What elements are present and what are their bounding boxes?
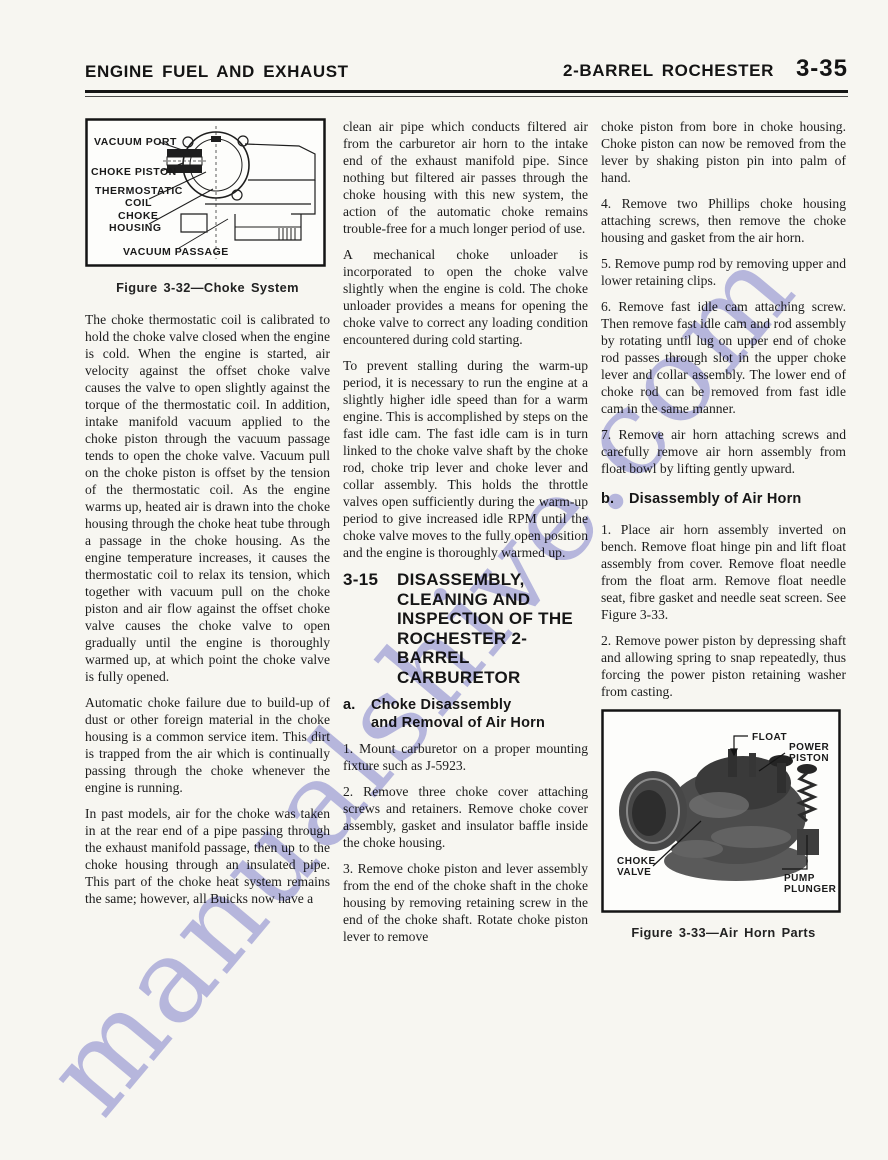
page-header-right: 2-BARREL ROCHESTER 3-35 bbox=[563, 55, 848, 83]
column-left: VACUUM PORT CHOKE PISTON THERMOSTATIC CO… bbox=[85, 118, 330, 956]
header-left-title: ENGINE FUEL AND EXHAUST bbox=[85, 62, 349, 82]
subsection-title: Disassembly of Air Horn bbox=[629, 491, 846, 509]
fig32-label-vacuum-port: VACUUM PORT bbox=[94, 136, 177, 148]
body-paragraph: To prevent stalling during the warm-up p… bbox=[343, 357, 588, 561]
numbered-step: 5. Remove pump rod by removing upper and… bbox=[601, 255, 846, 289]
body-paragraph: Automatic choke failure due to build-up … bbox=[85, 694, 330, 796]
body-paragraph: choke piston from bore in choke housing.… bbox=[601, 118, 846, 186]
fig32-label-choke: CHOKE bbox=[118, 210, 158, 222]
subsection-title-line: Choke Disassembly bbox=[371, 697, 588, 715]
fig33-label-choke: CHOKE bbox=[617, 856, 656, 867]
fig33-label-valve: VALVE bbox=[617, 867, 651, 878]
fig32-label-housing: HOUSING bbox=[109, 222, 162, 234]
fig33-label-piston: PISTON bbox=[789, 753, 829, 764]
figure-3-33: FLOAT POWER PISTON CHOKE VALVE PUMP PLUN… bbox=[601, 709, 846, 940]
numbered-step: 4. Remove two Phillips choke housing att… bbox=[601, 195, 846, 246]
figure-3-32-caption: Figure 3-32—Choke System bbox=[85, 280, 330, 295]
section-title: DISASSEMBLY, CLEANING AND INSPECTION OF … bbox=[397, 570, 588, 687]
fig33-label-pump: PUMP bbox=[784, 873, 815, 884]
subsection-title: Choke Disassembly and Removal of Air Hor… bbox=[371, 697, 588, 732]
fig32-label-coil: COIL bbox=[125, 197, 152, 209]
numbered-step: 1. Place air horn assembly inverted on b… bbox=[601, 521, 846, 623]
fig33-label-power: POWER bbox=[789, 742, 830, 753]
fig33-label-float: FLOAT bbox=[752, 732, 787, 743]
subsection-title-line: and Removal of Air Horn bbox=[371, 715, 588, 733]
section-number: 3-15 bbox=[343, 570, 397, 687]
subsection-heading-b: b. Disassembly of Air Horn bbox=[601, 491, 846, 509]
column-right: choke piston from bore in choke housing.… bbox=[601, 118, 846, 956]
body-paragraph: A mechanical choke unloader is incorpora… bbox=[343, 246, 588, 348]
body-paragraph: In past models, air for the choke was ta… bbox=[85, 805, 330, 907]
subsection-marker: b. bbox=[601, 491, 629, 509]
page-number: 3-35 bbox=[796, 55, 848, 83]
header-rule-thick bbox=[85, 90, 848, 93]
header-rule-thin bbox=[85, 96, 848, 97]
numbered-step: 3. Remove choke piston and lever assembl… bbox=[343, 860, 588, 945]
numbered-step: 6. Remove fast idle cam attaching screw.… bbox=[601, 298, 846, 417]
manual-page: ENGINE FUEL AND EXHAUST 2-BARREL ROCHEST… bbox=[0, 0, 888, 1160]
section-heading-3-15: 3-15 DISASSEMBLY, CLEANING AND INSPECTIO… bbox=[343, 570, 588, 687]
numbered-step: 1. Mount carburetor on a proper mounting… bbox=[343, 740, 588, 774]
fig33-label-plunger: PLUNGER bbox=[784, 884, 837, 895]
fig32-label-thermostatic: THERMOSTATIC bbox=[95, 185, 183, 197]
body-paragraph: clean air pipe which conducts filtered a… bbox=[343, 118, 588, 237]
fig32-label-choke-piston: CHOKE PISTON bbox=[91, 166, 177, 178]
text-columns: VACUUM PORT CHOKE PISTON THERMOSTATIC CO… bbox=[85, 118, 847, 956]
column-middle: clean air pipe which conducts filtered a… bbox=[343, 118, 588, 956]
figure-3-33-caption: Figure 3-33—Air Horn Parts bbox=[601, 925, 846, 940]
numbered-step: 2. Remove three choke cover attaching sc… bbox=[343, 783, 588, 851]
choke-system-diagram: VACUUM PORT CHOKE PISTON THERMOSTATIC CO… bbox=[85, 118, 330, 267]
subsection-heading-a: a. Choke Disassembly and Removal of Air … bbox=[343, 697, 588, 732]
subsection-marker: a. bbox=[343, 697, 371, 732]
fig32-label-vacuum-passage: VACUUM PASSAGE bbox=[123, 246, 229, 258]
air-horn-photo: FLOAT POWER PISTON CHOKE VALVE PUMP PLUN… bbox=[601, 709, 846, 913]
numbered-step: 2. Remove power piston by depressing sha… bbox=[601, 632, 846, 700]
numbered-step: 7. Remove air horn attaching screws and … bbox=[601, 426, 846, 477]
body-paragraph: The choke thermostatic coil is calibrate… bbox=[85, 311, 330, 685]
figure-3-32: VACUUM PORT CHOKE PISTON THERMOSTATIC CO… bbox=[85, 118, 330, 295]
header-right-title: 2-BARREL ROCHESTER bbox=[563, 61, 774, 81]
